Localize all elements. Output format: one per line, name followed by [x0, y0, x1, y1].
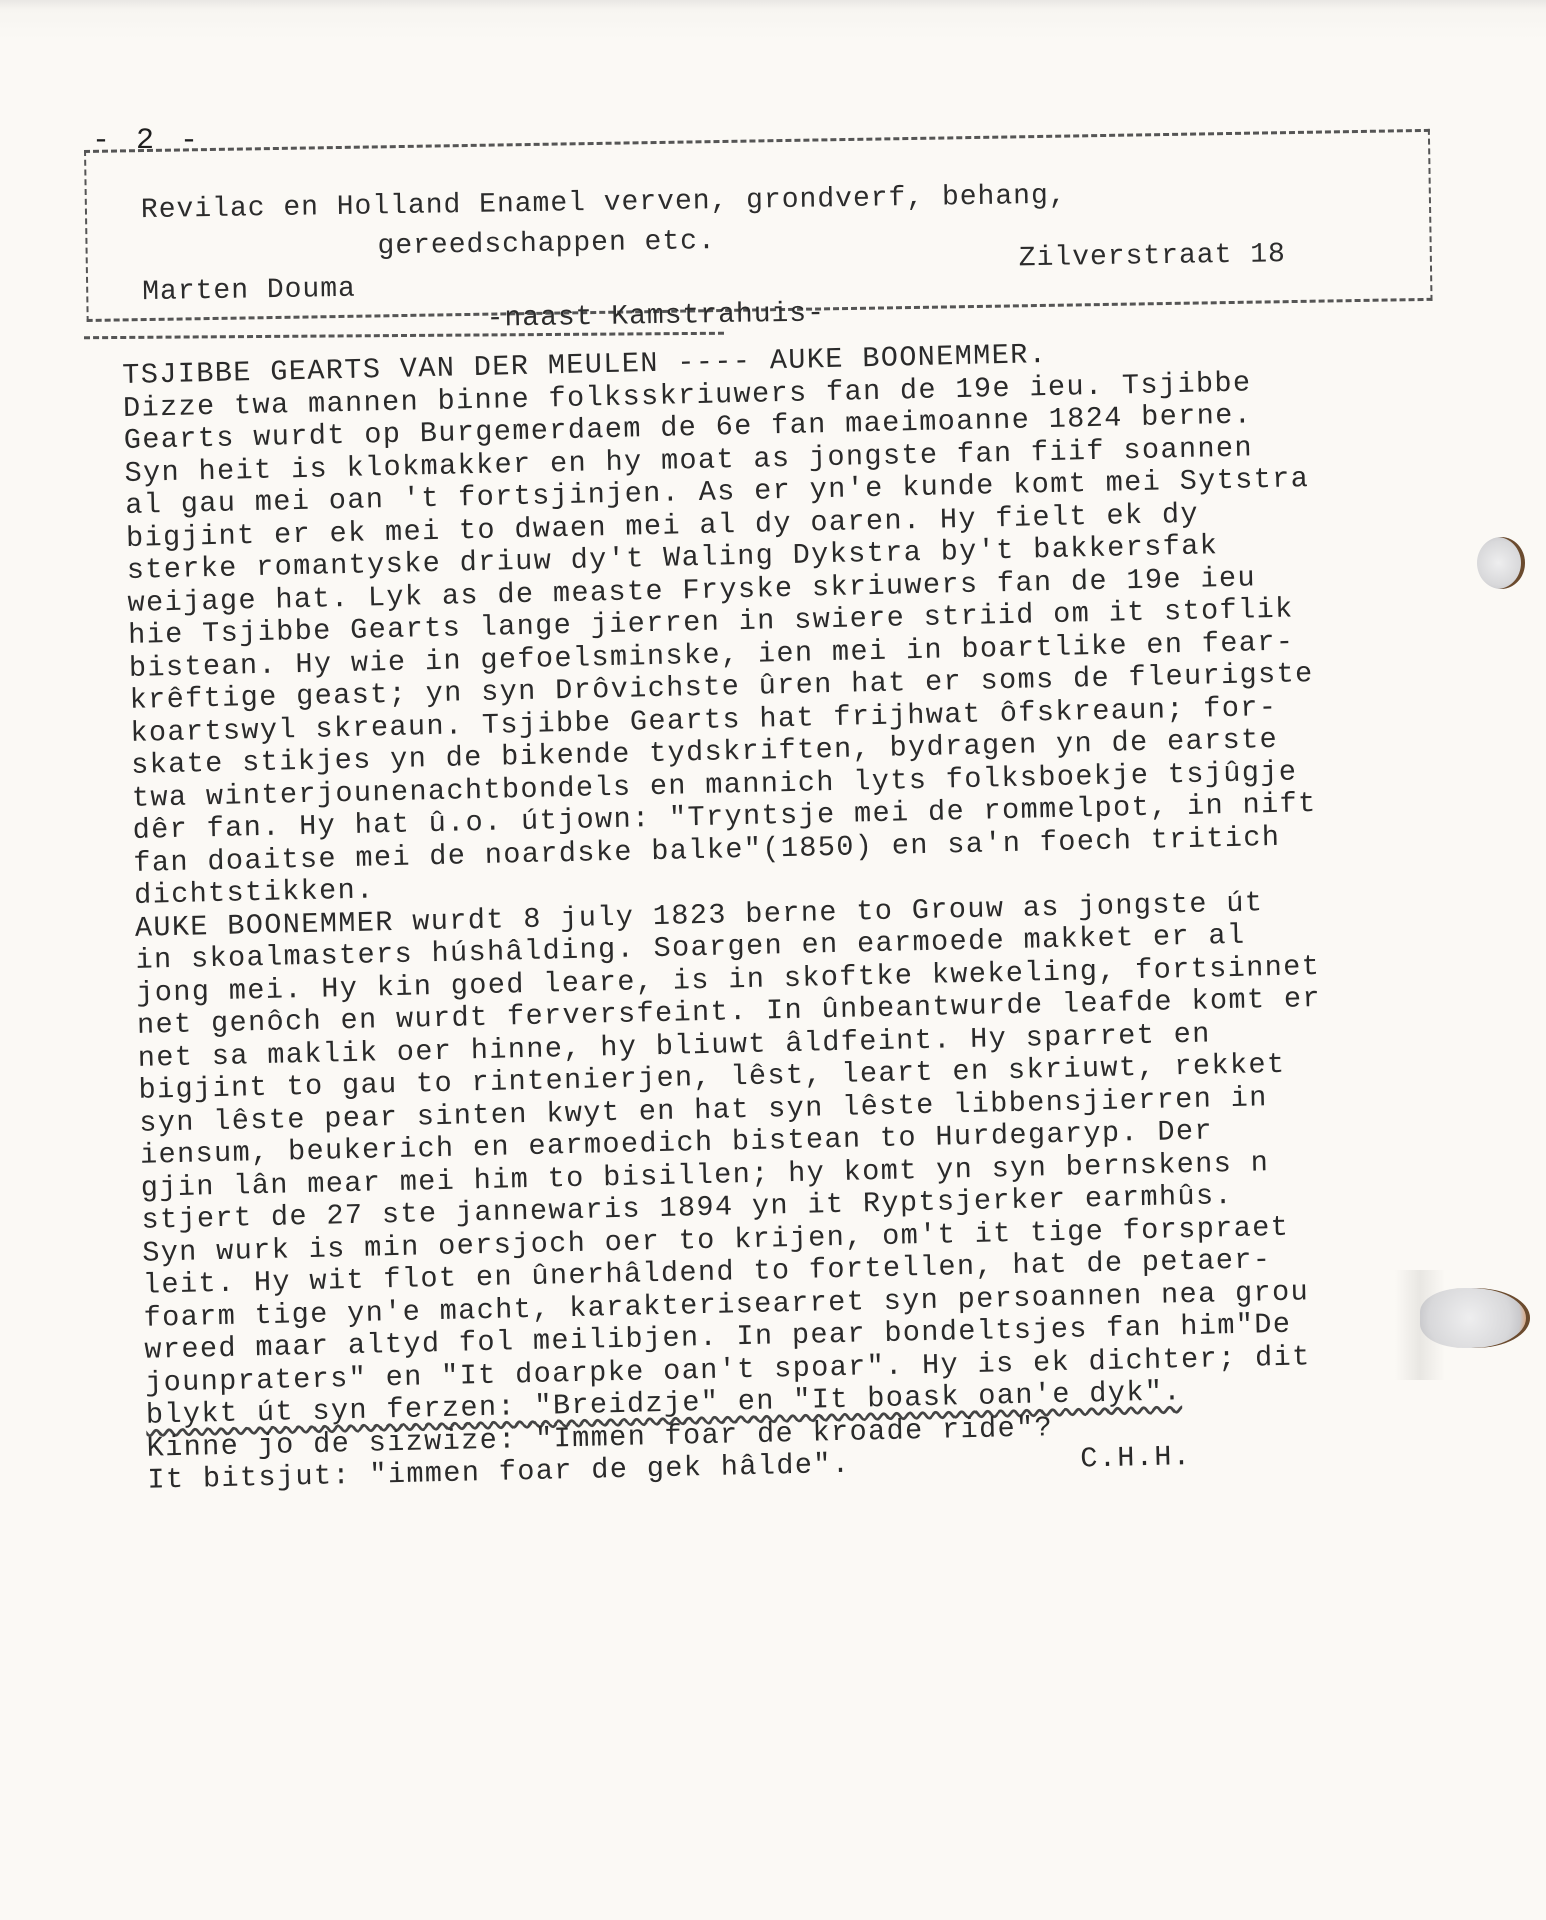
author-signature: C.H.H.	[1080, 1440, 1192, 1476]
ad-products-line-2: gereedschappen etc.	[377, 226, 716, 262]
ad-location-note: -naast Kamstrahuis-	[486, 298, 825, 334]
document-page: - 2 - Revilac en Holland Enamel verven, …	[0, 0, 1546, 1920]
article: TSJIBBE GEARTS VAN DER MEULEN ---- AUKE …	[122, 328, 1546, 1497]
punch-hole-top	[1477, 537, 1525, 589]
ad-shop-name: Marten Douma	[142, 274, 356, 308]
advertisement-box: Revilac en Holland Enamel verven, grondv…	[84, 129, 1433, 322]
ad-border-top	[84, 129, 1430, 153]
ad-address: Zilverstraat 18	[1019, 239, 1287, 274]
punch-hole-bottom	[1420, 1288, 1530, 1348]
ad-products-line: Revilac en Holland Enamel verven, grondv…	[141, 181, 1067, 227]
ad-border-right	[1428, 129, 1433, 301]
ad-underline-rule	[84, 332, 724, 339]
ad-border-left	[84, 150, 89, 322]
